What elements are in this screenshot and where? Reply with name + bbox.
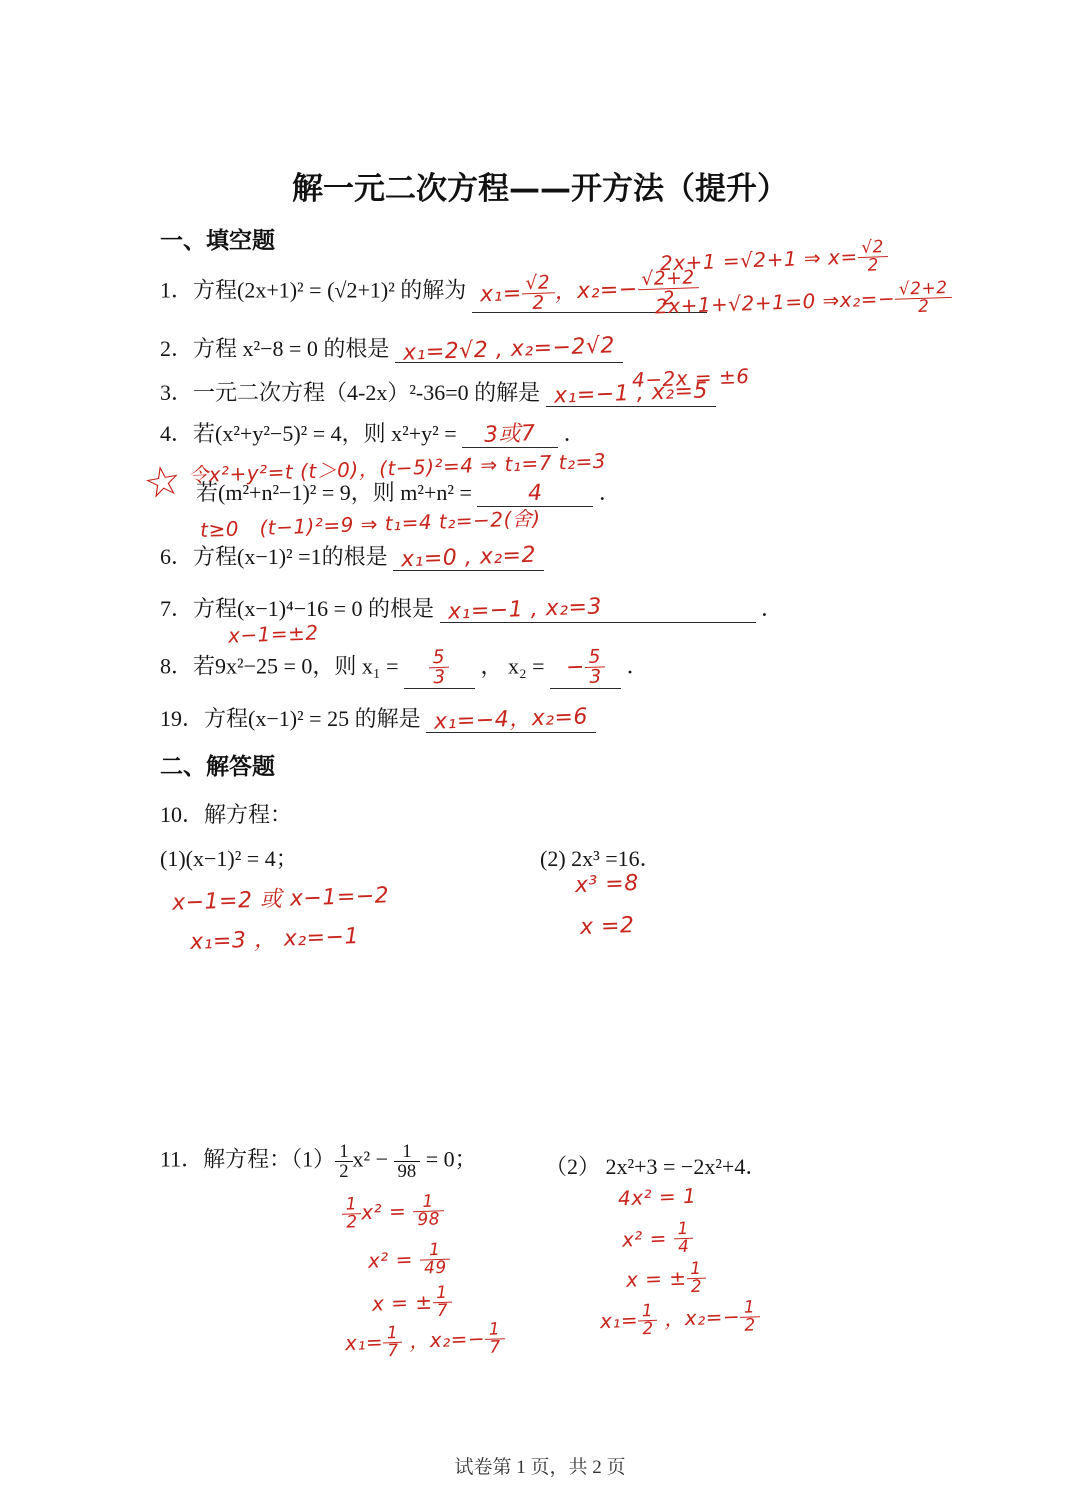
problem-2-answer: x₁=2√2 , x₂=−2√2	[403, 334, 616, 364]
problem-11-work2-line4: x₁=12 ，x₂=−12	[600, 1302, 760, 1338]
fraction: 53	[584, 647, 606, 687]
fraction: 12	[638, 1303, 659, 1339]
problem-5-work: t≥0 (t−1)²=9 ⇒ t₁=4 t₂=−2(舍)	[200, 508, 541, 537]
problem-8-blank-2: −53	[550, 648, 621, 689]
problem-7-stem: 7．方程(x−1)⁴−16 = 0 的根是	[160, 596, 434, 621]
fraction: √22	[521, 273, 555, 313]
page-footer: 试卷第 1 页，共 2 页	[0, 1452, 1080, 1479]
problem-10-work2-line2: x =2	[580, 914, 634, 939]
problem-8-row: 8．若9x²−25 = 0，则 x₁ = 53 ， x₂ = −53 ．	[160, 648, 649, 689]
fraction: 17	[432, 1285, 453, 1321]
problem-10-work1-line1: x−1=2 或 x−1=−2	[172, 882, 389, 913]
problem-2-row: 2．方程 x²−8 = 0 的根是 x₁=2√2 , x₂=−2√2	[160, 332, 623, 363]
problem-11-work1-line3: x = ±17	[372, 1286, 452, 1322]
problem-6-answer: x₁=0 , x₂=2	[401, 544, 537, 572]
problem-10-work1-line2: x₁=3 ， x₂=−1	[190, 922, 359, 953]
problem-8-answer-1: 53	[429, 648, 451, 688]
section-fill-heading: 一、填空题	[160, 222, 275, 255]
problem-10-work2-line1: x³ =8	[575, 872, 639, 897]
problem-8-answer-2: −53	[565, 647, 606, 687]
problem-8-blank-1: 53	[404, 648, 475, 689]
problem-5-tail: ．	[599, 480, 621, 505]
problem-2-blank: x₁=2√2 , x₂=−2√2	[395, 337, 623, 363]
problem-11-work1-line4: x₁=17 ，x₂=−17	[345, 1324, 505, 1360]
problem-11-work2-line3: x = ±12	[626, 1262, 706, 1298]
fraction: 17	[485, 1321, 506, 1357]
problem-4-blank: 3或7	[462, 422, 558, 448]
problem-5-stem: 若(m²+n²−1)² = 9，则 m²+n² =	[196, 480, 472, 505]
problem-11-part2: （2） 2x²+3 = −2x²+4．	[545, 1150, 767, 1181]
problem-3-note: 4−2x = ±6	[632, 366, 750, 390]
page-title: 解一元二次方程——开方法（提升）	[0, 163, 1080, 208]
problem-7-row: 7．方程(x−1)⁴−16 = 0 的根是 x₁=−1 , x₂=3 ．	[160, 592, 783, 623]
section-solve-heading: 二、解答题	[160, 748, 275, 781]
problem-10-part2: (2) 2x³ =16．	[540, 842, 662, 873]
problem-10-part1: (1)(x−1)² = 4；	[160, 842, 298, 873]
fraction: 12	[341, 1196, 362, 1232]
star-icon: ☆	[141, 459, 185, 507]
problem-2-stem: 2．方程 x²−8 = 0 的根是	[160, 336, 389, 361]
fraction: 198	[413, 1193, 445, 1230]
problem-8-mid: ， x₂ =	[481, 654, 545, 679]
problem-8-tail: ．	[627, 654, 649, 679]
problem-7-work: x−1=±2	[228, 622, 319, 646]
fraction: 53	[429, 648, 451, 688]
fraction: 17	[383, 1325, 404, 1361]
fraction: 149	[419, 1242, 451, 1279]
problem-6-stem: 6．方程(x−1)² =1的根是	[160, 544, 388, 569]
fraction: 12	[335, 1142, 352, 1181]
problem-4-row: 4．若(x²+y²−5)² = 4，则 x²+y² = 3或7 ．	[160, 417, 586, 448]
fraction: √2+22	[895, 280, 953, 318]
fraction: √22	[857, 239, 889, 276]
problem-11-work2-line2: x² = 14	[622, 1222, 693, 1258]
problem-11-work1-line2: x² = 149	[368, 1243, 450, 1279]
fraction: 12	[686, 1261, 707, 1297]
problem-8-stem: 8．若9x²−25 = 0，则 x₁ =	[160, 654, 399, 679]
problem-1-note-line2: 2x+1+√2+1=0 ⇒x₂=−√2+22	[655, 285, 952, 321]
problem-7-blank: x₁=−1 , x₂=3	[440, 597, 756, 623]
problem-19-blank: x₁=−4，x₂=6	[426, 707, 596, 733]
problem-1-row: 1．方程(2x+1)² = (√2+1)² 的解为 x₁=√22，x₂=−√2+…	[160, 272, 707, 313]
problem-11-work2-line1: 4x² = 1	[618, 1185, 696, 1209]
problem-3-stem: 3．一元二次方程（4-2x）²-36=0 的解是	[160, 380, 540, 405]
problem-11-work1-line1: 12x² = 198	[342, 1195, 444, 1231]
problem-19-row: 19．方程(x−1)² = 25 的解是 x₁=−4，x₂=6	[160, 702, 596, 733]
problem-6-row: 6．方程(x−1)² =1的根是 x₁=0 , x₂=2	[160, 540, 544, 571]
problem-7-answer: x₁=−1 , x₂=3	[447, 595, 602, 623]
problem-11-stem: 11．解方程：（1）12x² − 198 = 0；	[160, 1142, 477, 1181]
problem-7-tail: ．	[761, 596, 783, 621]
worksheet-page: 解一元二次方程——开方法（提升） 一、填空题 1．方程(2x+1)² = (√2…	[0, 0, 1080, 1498]
problem-19-stem: 19．方程(x−1)² = 25 的解是	[160, 706, 421, 731]
problem-1-stem: 1．方程(2x+1)² = (√2+1)² 的解为	[160, 278, 466, 303]
problem-19-answer: x₁=−4，x₂=6	[434, 705, 589, 733]
problem-4-answer: 3或7	[484, 422, 536, 447]
fraction: 198	[394, 1142, 421, 1181]
problem-5-row: 若(m²+n²−1)² = 9，则 m²+n² = 4 ．	[196, 476, 621, 507]
fraction: 14	[673, 1221, 694, 1257]
problem-10-stem: 10．解方程：	[160, 798, 292, 829]
problem-6-blank: x₁=0 , x₂=2	[393, 545, 544, 571]
fraction: 12	[740, 1299, 761, 1335]
problem-4-tail: ．	[564, 421, 586, 446]
problem-4-stem: 4．若(x²+y²−5)² = 4，则 x²+y² =	[160, 421, 457, 446]
problem-1-note-line1: 2x+1 =√2+1 ⇒ x=√22	[660, 243, 888, 279]
